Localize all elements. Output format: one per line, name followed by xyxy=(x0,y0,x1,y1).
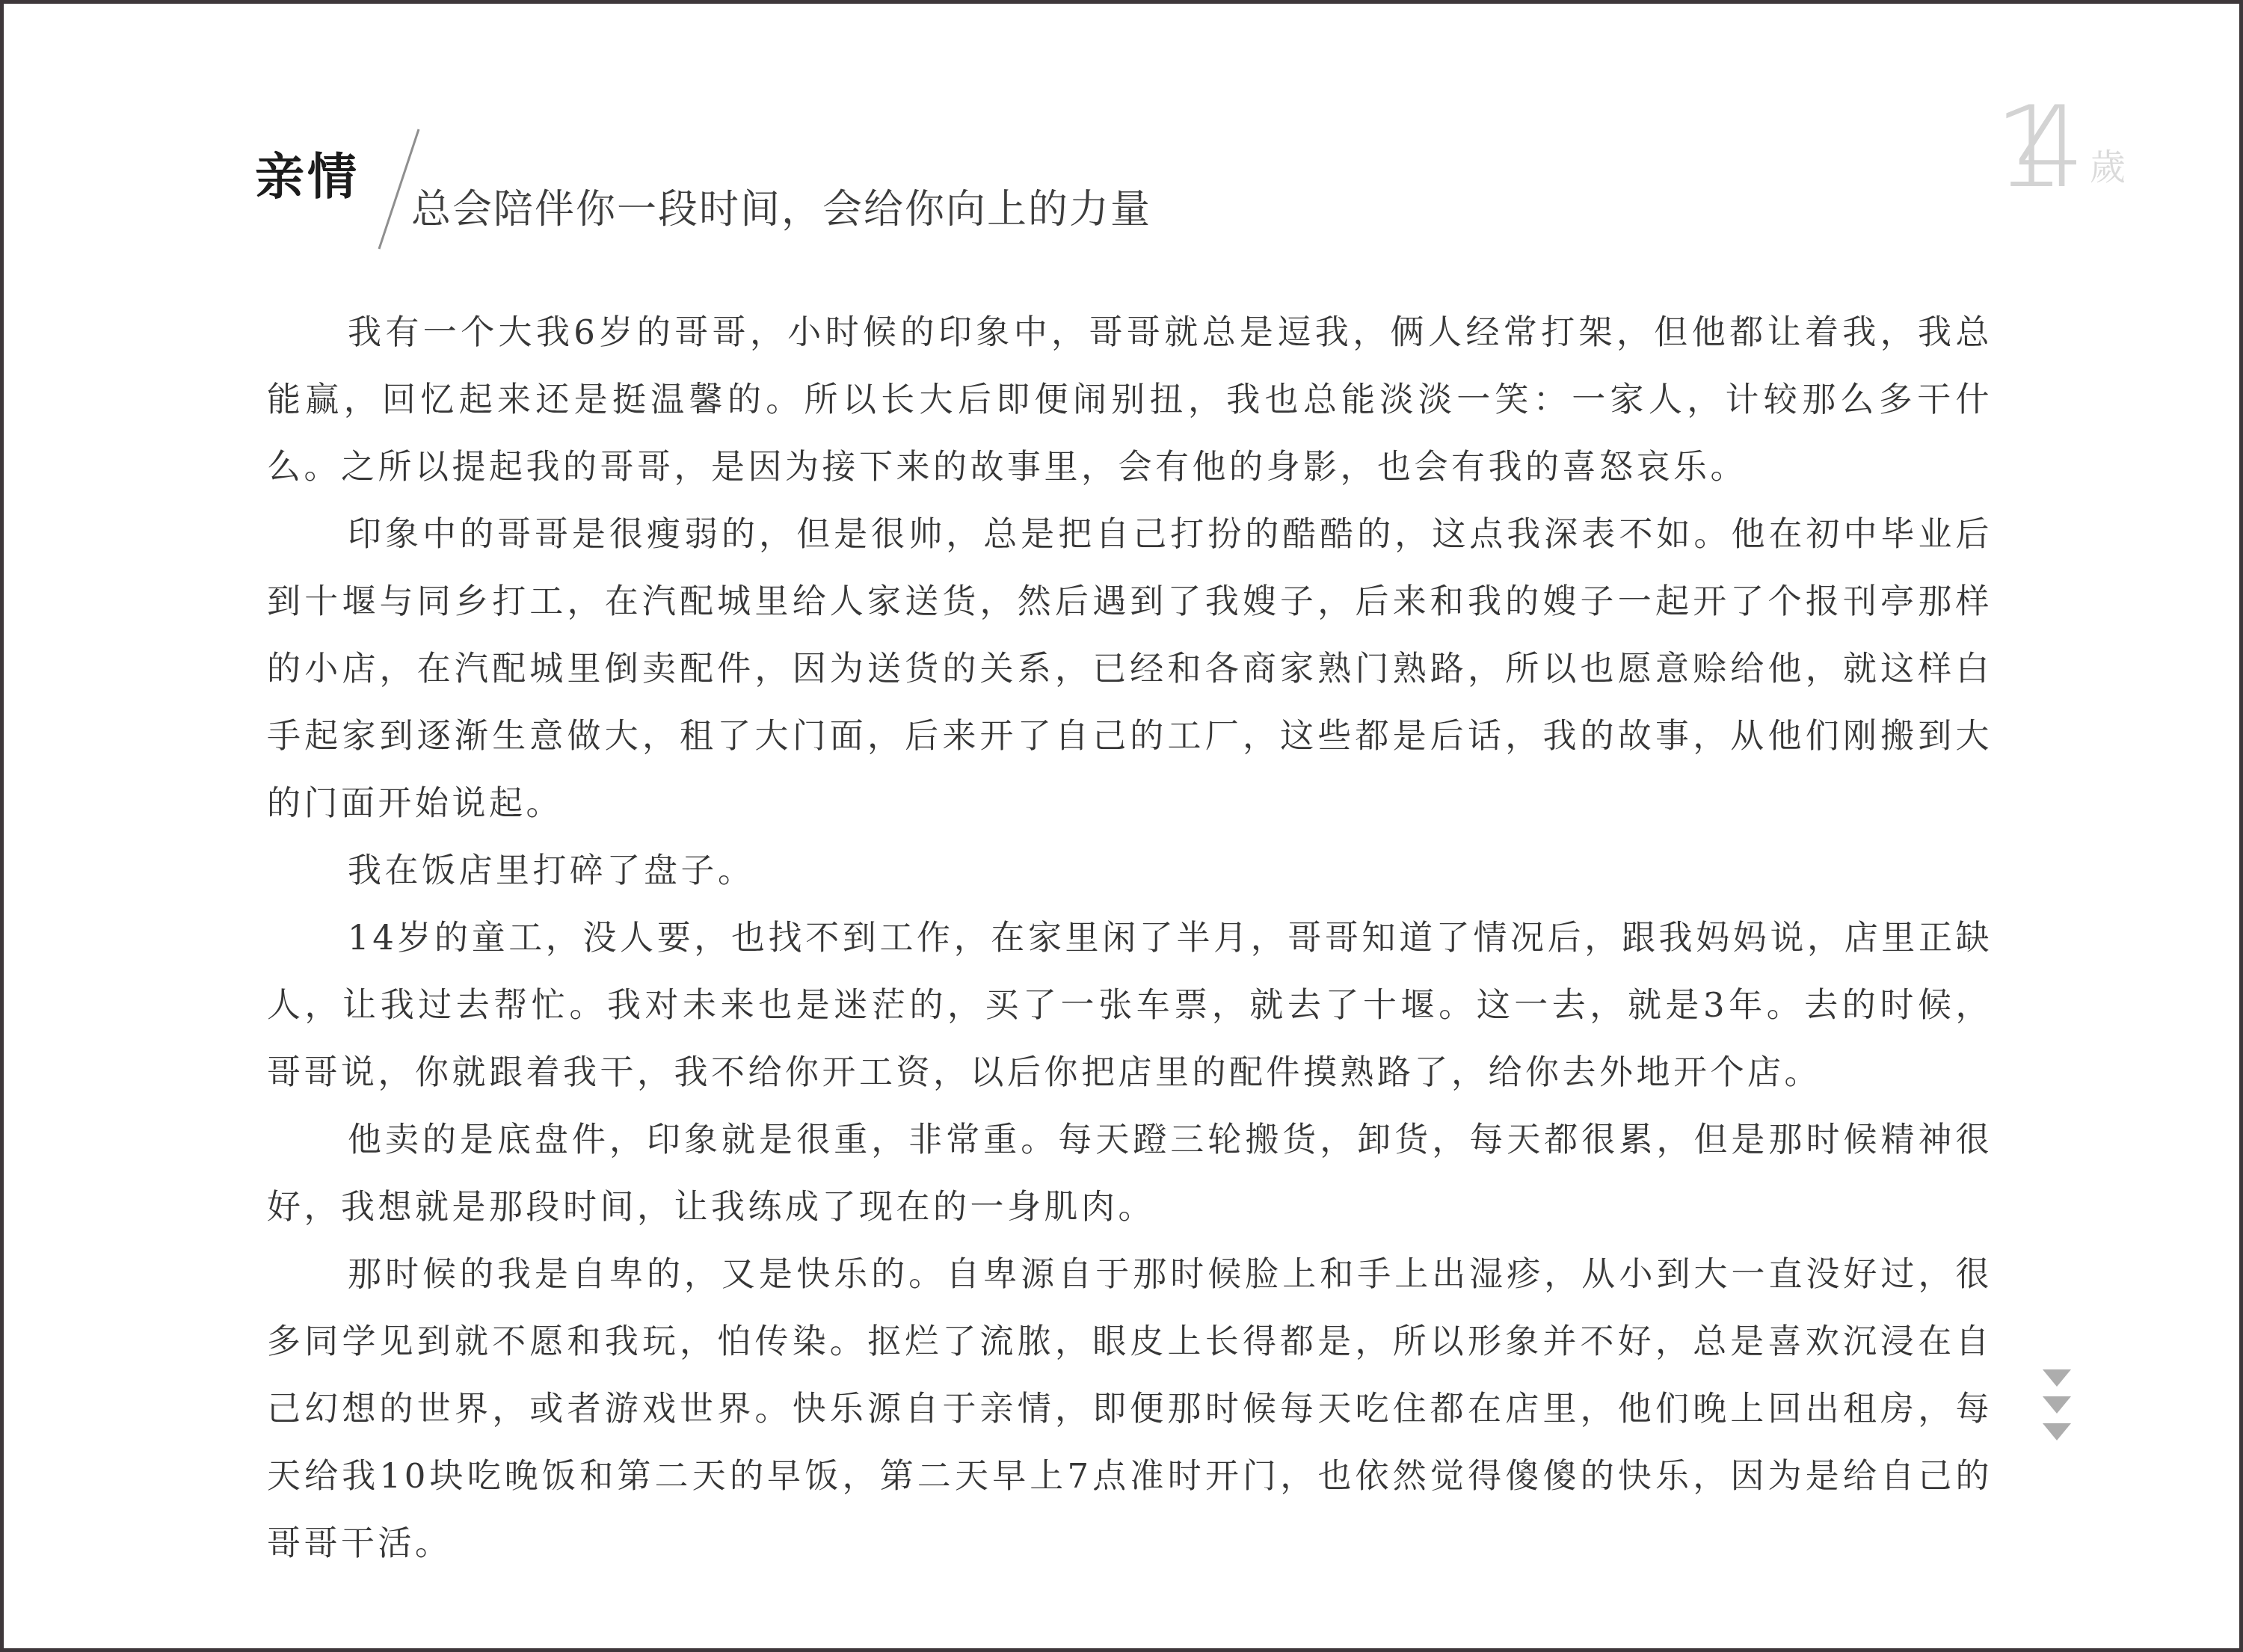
age-digit-4: 4 xyxy=(2013,92,2084,204)
down-triangle-icon xyxy=(2043,1423,2071,1440)
essay-body: 我有一个大我6岁的哥哥，小时候的印象中，哥哥就总是逗我，俩人经常打架，但他都让着… xyxy=(267,299,1993,1577)
essay-paragraph: 14岁的童工，没人要，也找不到工作，在家里闲了半月，哥哥知道了情况后，跟我妈妈说… xyxy=(267,904,1993,1106)
down-triangle-icon xyxy=(2043,1396,2071,1414)
essay-paragraph: 他卖的是底盘件，印象就是很重，非常重。每天蹬三轮搬货，卸货，每天都很累，但是那时… xyxy=(267,1106,1993,1241)
age-marker: 14歲 xyxy=(1994,92,2126,204)
book-page: 亲情 总会陪伴你一段时间，会给你向上的力量 14歲 我有一个大我6岁的哥哥，小时… xyxy=(0,0,2243,1652)
chapter-subtitle: 总会陪伴你一段时间，会给你向上的力量 xyxy=(411,188,1151,233)
age-suffix-label: 歲 xyxy=(2090,138,2126,190)
essay-paragraph: 印象中的哥哥是很瘦弱的，但是很帅，总是把自己打扮的酷酷的，这点我深表不如。他在初… xyxy=(267,501,1993,837)
essay-paragraph: 我在饭店里打碎了盘子。 xyxy=(267,837,1993,904)
page-continuation-arrows xyxy=(2043,1369,2071,1450)
chapter-title: 亲情 xyxy=(255,152,360,201)
essay-paragraph: 那时候的我是自卑的，又是快乐的。自卑源自于那时候脸上和手上出湿疹，从小到大一直没… xyxy=(267,1241,1993,1577)
down-triangle-icon xyxy=(2043,1369,2071,1387)
essay-paragraph: 我有一个大我6岁的哥哥，小时候的印象中，哥哥就总是逗我，俩人经常打架，但他都让着… xyxy=(267,299,1993,501)
